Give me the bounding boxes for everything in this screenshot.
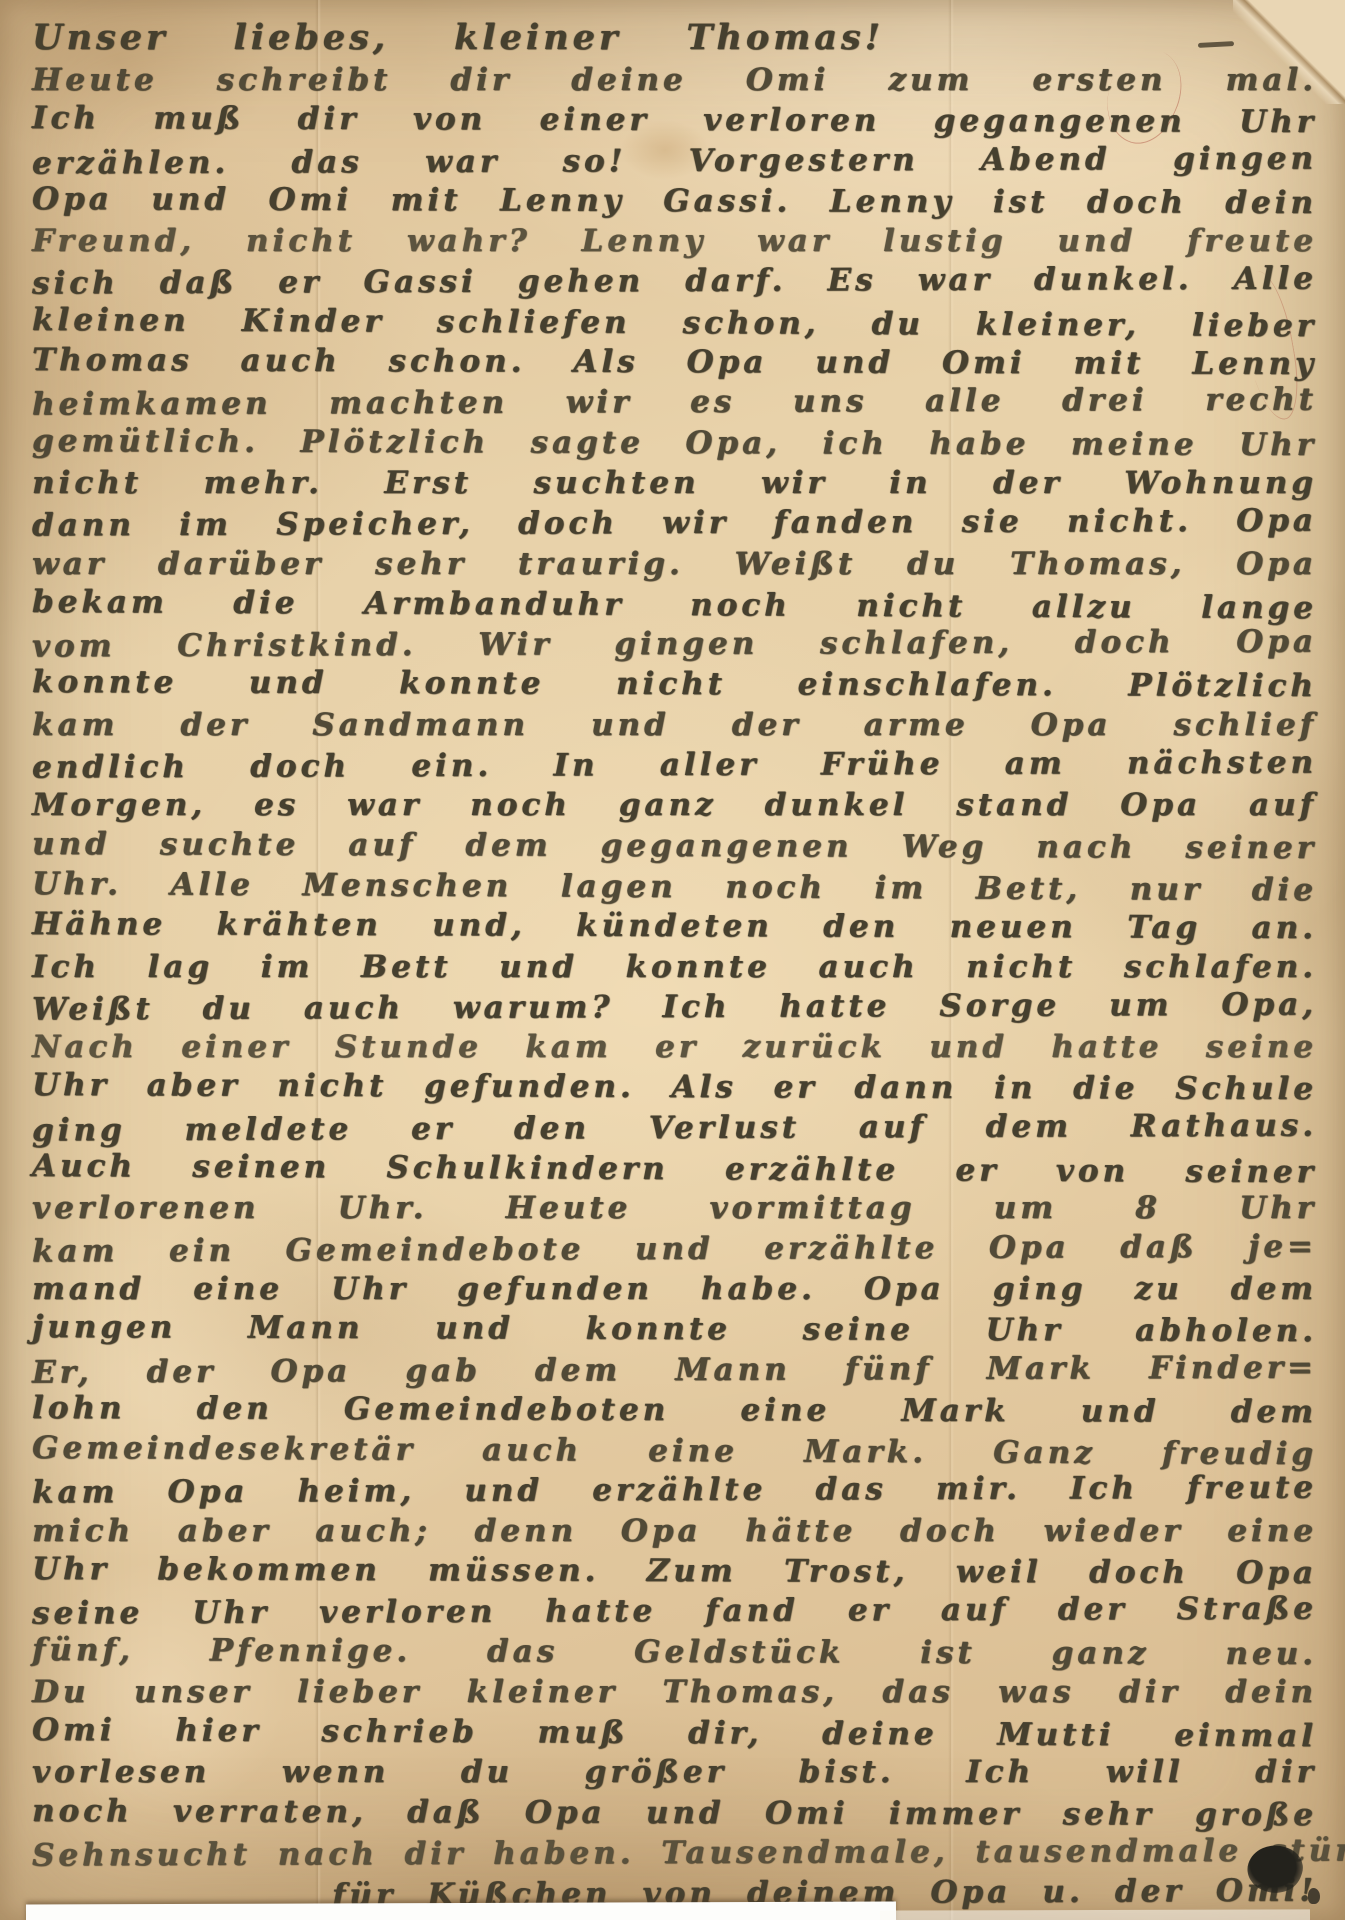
ink-speck	[1308, 1888, 1320, 1904]
letter-line: verlorenen Uhr. Heute vormittag um 8 Uhr	[32, 1188, 1317, 1228]
letter-line: Omi hier schrieb muß dir, deine Mutti ei…	[32, 1710, 1317, 1757]
letter-line: sich daß er Gassi gehen darf. Es war dun…	[32, 259, 1317, 304]
letter-line: Weißt du auch warum? Ich hatte Sorge um …	[32, 984, 1317, 1029]
letter-line: Sehnsucht nach dir haben. Tausendmale, t…	[32, 1831, 1317, 1876]
letter-line: kam Opa heim, und erzählte das mir. Ich …	[32, 1468, 1317, 1513]
letter-line: Ich lag im Bett und konnte auch nicht sc…	[32, 947, 1317, 987]
letter-line: Thomas auch schon. Als Opa und Omi mit L…	[32, 340, 1317, 384]
letter-line: kam der Sandmann und der arme Opa schlie…	[32, 705, 1317, 745]
letter-line: Uhr. Alle Menschen lagen noch im Bett, n…	[32, 864, 1317, 911]
letter-line: Du unser lieber kleiner Thomas, das was …	[32, 1672, 1317, 1712]
letter-line: noch verraten, daß Opa und Omi immer seh…	[32, 1791, 1317, 1835]
letter-line: lohn den Gemeindeboten eine Mark und dem	[32, 1388, 1317, 1432]
letter-line: Auch seinen Schulkindern erzählte er von…	[32, 1146, 1317, 1193]
scan-edge	[26, 1901, 896, 1920]
letter-line: kleinen Kinder schliefen schon, du klein…	[32, 300, 1317, 347]
letter-text: Unser liebes, kleiner Thomas! Heute schr…	[32, 16, 1317, 1913]
letter-line: nicht mehr. Erst suchten wir in der Wohn…	[32, 463, 1317, 503]
letter-line: war darüber sehr traurig. Weißt du Thoma…	[32, 544, 1317, 584]
letter-line: jungen Mann und konnte seine Uhr abholen…	[32, 1307, 1317, 1351]
letter-line: und suchte auf dem gegangenen Weg nach s…	[32, 824, 1317, 868]
letter-line: gemütlich. Plötzlich sagte Opa, ich habe…	[32, 421, 1317, 465]
letter-line: vorlesen wenn du größer bist. Ich will d…	[32, 1752, 1317, 1792]
letter-line: erzählen. das war so! Vorgestern Abend g…	[32, 138, 1317, 183]
letter-body: Heute schreibt dir deine Omi zum ersten …	[32, 60, 1317, 1873]
letter-line: Er, der Opa gab dem Mann fünf Mark Finde…	[32, 1347, 1317, 1392]
letter-line: mich aber auch; denn Opa hätte doch wied…	[32, 1511, 1317, 1551]
letter-line: Freund, nicht wahr? Lenny war lustig und…	[32, 221, 1317, 261]
letter-line: endlich doch ein. In aller Frühe am näch…	[32, 743, 1317, 788]
letter-line: Uhr aber nicht gefunden. Als er dann in …	[32, 1065, 1317, 1109]
letter-line: mand eine Uhr gefunden habe. Opa ging zu…	[32, 1269, 1317, 1309]
letter-line: vom Christkind. Wir gingen schlafen, doc…	[32, 622, 1317, 667]
letter-line: Ich muß dir von einer verloren gegangene…	[32, 98, 1317, 142]
letter-line: seine Uhr verloren hatte fand er auf der…	[32, 1589, 1317, 1634]
salutation: Unser liebes, kleiner Thomas!	[32, 16, 884, 60]
letter-line: kam ein Gemeindebote und erzählte Opa da…	[32, 1226, 1317, 1271]
letter-line: ging meldete er den Verlust auf dem Rath…	[32, 1105, 1317, 1150]
scan-edge	[880, 1909, 1310, 1920]
letter-line: Heute schreibt dir deine Omi zum ersten …	[32, 60, 1317, 100]
letter-line: Opa und Omi mit Lenny Gassi. Lenny ist d…	[32, 179, 1317, 223]
letter-line: Morgen, es war noch ganz dunkel stand Op…	[32, 785, 1317, 825]
letter-line: Uhr bekommen müssen. Zum Trost, weil doc…	[32, 1549, 1317, 1593]
letter-line: Hähne krähten und, kündeten den neuen Ta…	[32, 904, 1317, 948]
letter-line: fünf, Pfennige. das Geldstück ist ganz n…	[32, 1630, 1317, 1674]
letter-line: Nach einer Stunde kam er zurück und hatt…	[32, 1027, 1317, 1067]
letter-page: Unser liebes, kleiner Thomas! Heute schr…	[0, 0, 1345, 1920]
letter-line: dann im Speicher, doch wir fanden sie ni…	[32, 501, 1317, 546]
letter-line: heimkamen machten wir es uns alle drei r…	[32, 380, 1317, 425]
letter-line: konnte und konnte nicht einschlafen. Plö…	[32, 662, 1317, 706]
